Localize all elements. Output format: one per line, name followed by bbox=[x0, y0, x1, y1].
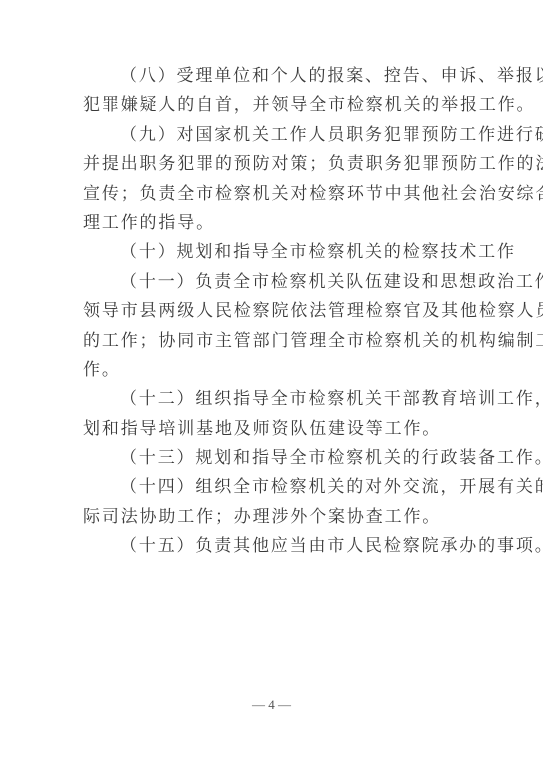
text-line: 领导市县两级人民检察院依法管理检察官及其他检察人员 bbox=[83, 297, 463, 326]
text-line: （十二）组织指导全市检察机关干部教育培训工作，规 bbox=[83, 385, 463, 414]
paragraph-8: （八）受理单位和个人的报案、控告、申诉、举报以及 犯罪嫌疑人的自首，并领导全市检… bbox=[83, 62, 463, 121]
text-line: 理工作的指导。 bbox=[83, 209, 463, 238]
text-line: 作。 bbox=[83, 356, 463, 385]
paragraph-12: （十二）组织指导全市检察机关干部教育培训工作，规 划和指导培训基地及师资队伍建设… bbox=[83, 385, 463, 444]
paragraph-15: （十五）负责其他应当由市人民检察院承办的事项。 bbox=[83, 532, 463, 561]
paragraph-9: （九）对国家机关工作人员职务犯罪预防工作进行研究 并提出职务犯罪的预防对策；负责… bbox=[83, 121, 463, 239]
text-line: 犯罪嫌疑人的自首，并领导全市检察机关的举报工作。 bbox=[83, 91, 463, 120]
text-line: 划和指导培训基地及师资队伍建设等工作。 bbox=[83, 415, 463, 444]
text-line: 际司法协助工作；办理涉外个案协查工作。 bbox=[83, 503, 463, 532]
text-line: 并提出职务犯罪的预防对策；负责职务犯罪预防工作的法制 bbox=[83, 150, 463, 179]
text-line: （十四）组织全市检察机关的对外交流，开展有关的国 bbox=[83, 473, 463, 502]
text-line: （十）规划和指导全市检察机关的检察技术工作 bbox=[83, 238, 463, 267]
text-line: （十一）负责全市检察机关队伍建设和思想政治工作； bbox=[83, 268, 463, 297]
paragraph-11: （十一）负责全市检察机关队伍建设和思想政治工作； 领导市县两级人民检察院依法管理… bbox=[83, 268, 463, 386]
paragraph-14: （十四）组织全市检察机关的对外交流，开展有关的国 际司法协助工作；办理涉外个案协… bbox=[83, 473, 463, 532]
paragraph-10: （十）规划和指导全市检察机关的检察技术工作 bbox=[83, 238, 463, 267]
page-number: — 4 — bbox=[0, 697, 543, 713]
text-line: 宣传；负责全市检察机关对检察环节中其他社会治安综合治 bbox=[83, 180, 463, 209]
document-page: （八）受理单位和个人的报案、控告、申诉、举报以及 犯罪嫌疑人的自首，并领导全市检… bbox=[0, 0, 543, 768]
text-line: 的工作；协同市主管部门管理全市检察机关的机构编制工 bbox=[83, 327, 463, 356]
paragraph-13: （十三）规划和指导全市检察机关的行政装备工作。 bbox=[83, 444, 463, 473]
text-line: （九）对国家机关工作人员职务犯罪预防工作进行研究 bbox=[83, 121, 463, 150]
text-line: （十五）负责其他应当由市人民检察院承办的事项。 bbox=[83, 532, 463, 561]
text-line: （八）受理单位和个人的报案、控告、申诉、举报以及 bbox=[83, 62, 463, 91]
document-body: （八）受理单位和个人的报案、控告、申诉、举报以及 犯罪嫌疑人的自首，并领导全市检… bbox=[83, 62, 463, 562]
text-line: （十三）规划和指导全市检察机关的行政装备工作。 bbox=[83, 444, 463, 473]
